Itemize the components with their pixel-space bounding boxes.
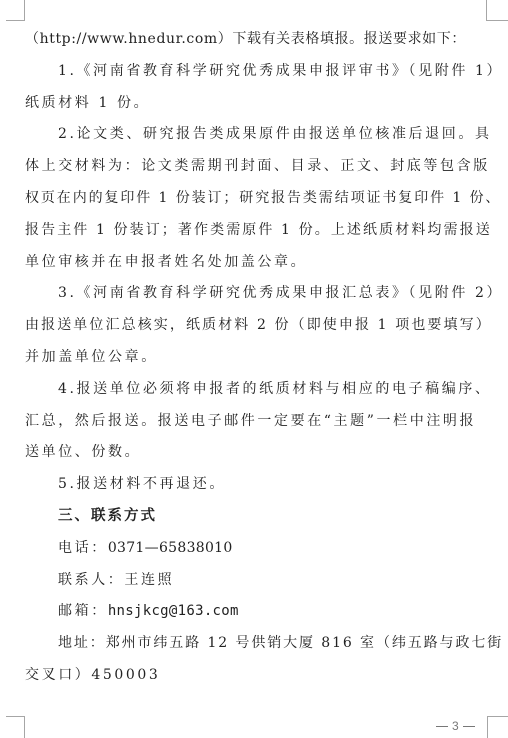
contact-phone: 电话：0371—65838010 [25, 533, 487, 565]
phone-value: 0371—65838010 [108, 540, 233, 556]
paragraph-line: 送单位、份数。 [25, 437, 487, 469]
address-label: 地址： [58, 635, 106, 651]
paragraph-line: 5.报送材料不再退还。 [25, 469, 487, 501]
paragraph-line: 1.《河南省教育科学研究优秀成果申报评审书》（见附件 1） [25, 56, 487, 88]
paragraph-line: 报告主件 1 份装订；著作类需原件 1 份。上述纸质材料均需报送 [25, 215, 487, 247]
dash-left [436, 726, 448, 727]
section-heading-contact: 三、联系方式 [25, 501, 487, 533]
page-number-value: 3 [452, 719, 459, 733]
paragraph-line: 并加盖单位公章。 [25, 342, 487, 374]
phone-label: 电话： [58, 540, 108, 556]
crop-mark-bottom-right [487, 716, 508, 738]
address-value-line1: 郑州市纬五路 12 号供销大厦 816 室（纬五路与政七街 [106, 635, 503, 651]
document-body: （http://www.hnedur.com）下载有关表格填报。报送要求如下： … [25, 24, 487, 692]
email-label: 邮箱： [58, 603, 108, 619]
crop-mark-bottom-left [6, 716, 25, 738]
contact-email: 邮箱：hnsjkcg@163.com [25, 596, 487, 628]
paragraph-line: 体上交材料为：论文类需期刊封面、目录、正文、封底等包含版 [25, 151, 487, 183]
crop-mark-top-left [6, 0, 25, 21]
paragraph-line: （http://www.hnedur.com）下载有关表格填报。报送要求如下： [25, 24, 487, 56]
paragraph-line: 2.论文类、研究报告类成果原件由报送单位核准后退回。具 [25, 119, 487, 151]
dash-right [463, 726, 475, 727]
paragraph-line: 由报送单位汇总核实，纸质材料 2 份（即使申报 1 项也要填写） [25, 310, 487, 342]
crop-mark-top-right [486, 0, 508, 21]
contact-person: 联系人：王连照 [25, 565, 487, 597]
page-number: 3 [436, 719, 475, 733]
contact-label: 联系人： [58, 572, 124, 588]
contact-address-continued: 交叉口）450003 [25, 660, 487, 692]
paragraph-line: 单位审核并在申报者姓名处加盖公章。 [25, 247, 487, 279]
contact-address: 地址：郑州市纬五路 12 号供销大厦 816 室（纬五路与政七街 [25, 628, 487, 660]
paragraph-line: 权页在内的复印件 1 份装订；研究报告类需结项证书复印件 1 份、 [25, 183, 487, 215]
document-page: （http://www.hnedur.com）下载有关表格填报。报送要求如下： … [0, 0, 508, 738]
contact-value: 王连照 [124, 572, 174, 588]
paragraph-line: 3.《河南省教育科学研究优秀成果申报汇总表》（见附件 2） [25, 278, 487, 310]
email-value[interactable]: hnsjkcg@163.com [108, 603, 239, 619]
paragraph-line: 4.报送单位必须将申报者的纸质材料与相应的电子稿编序、 [25, 374, 487, 406]
paragraph-line: 纸质材料 1 份。 [25, 88, 487, 120]
paragraph-line: 汇总，然后报送。报送电子邮件一定要在“主题”一栏中注明报 [25, 406, 487, 438]
